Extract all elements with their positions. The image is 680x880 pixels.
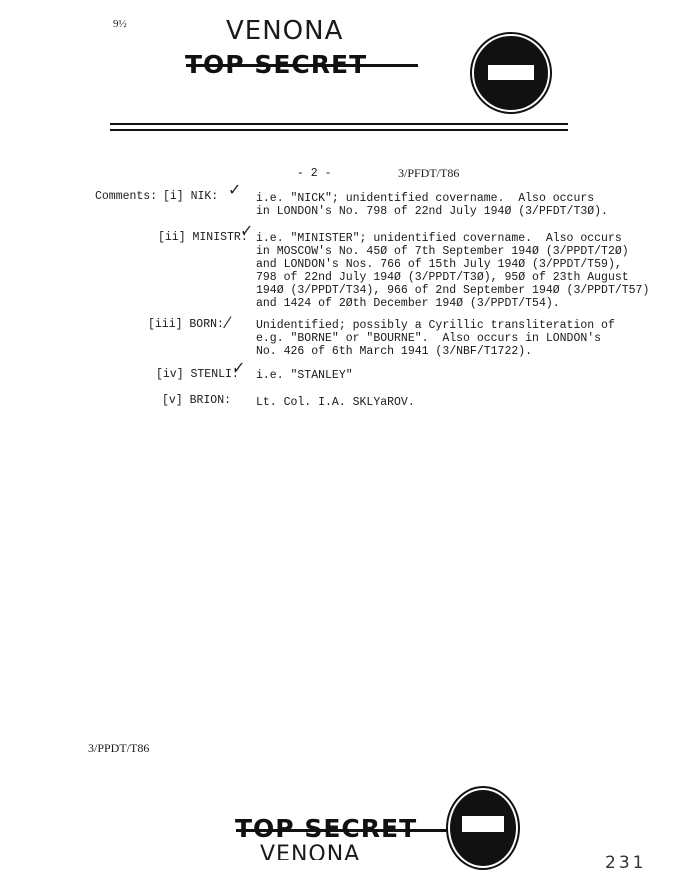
- divider-double-2: [110, 129, 568, 131]
- strike-line-header: [186, 64, 418, 67]
- entry-line: i.e. "MINISTER"; unidentified covername.…: [256, 232, 649, 245]
- codeword-footer: VENONA: [260, 842, 360, 860]
- entry-line: in LONDON's No. 798 of 22nd July 194Ø (3…: [256, 205, 608, 218]
- entry-line: e.g. "BORNE" or "BOURNE". Also occurs in…: [256, 332, 615, 345]
- no-entry-bar: [488, 65, 534, 80]
- entry-text-i: i.e. "NICK"; unidentified covername. Als…: [256, 192, 608, 218]
- no-entry-icon-header: [472, 34, 550, 112]
- entry-line: in MOSCOW's No. 45Ø of 7th September 194…: [256, 245, 649, 258]
- entry-line: 798 of 22nd July 194Ø (3/PPDT/T3Ø), 95Ø …: [256, 271, 649, 284]
- document-reference: 3/PFDT/T86: [398, 167, 459, 180]
- page-mark: 9½: [113, 18, 127, 30]
- entry-marker-i: [i] NIK:: [163, 190, 218, 203]
- entry-line: i.e. "NICK"; unidentified covername. Als…: [256, 192, 608, 205]
- handwritten-page-number: 231: [605, 853, 646, 873]
- entry-marker-ii: [ii] MINISTR:: [158, 231, 248, 244]
- strike-line-footer: [236, 829, 466, 832]
- entry-line: and 1424 of 2Øth December 194Ø (3/PPDT/T…: [256, 297, 649, 310]
- entry-text-ii: i.e. "MINISTER"; unidentified covername.…: [256, 232, 649, 310]
- entry-line: Unidentified; possibly a Cyrillic transl…: [256, 319, 615, 332]
- no-entry-icon-footer: [448, 788, 518, 868]
- checkmark-icon: ✓: [232, 358, 245, 377]
- entry-text-iv: i.e. "STANLEY": [256, 369, 353, 382]
- comments-label: Comments:: [95, 190, 157, 203]
- entry-text-iii: Unidentified; possibly a Cyrillic transl…: [256, 319, 615, 358]
- no-entry-bar: [462, 816, 504, 832]
- entry-text-v: Lt. Col. I.A. SKLYaROV.: [256, 396, 415, 409]
- slash-mark-icon: ⁄: [226, 313, 229, 332]
- codeword-header: VENONA: [226, 16, 343, 46]
- entry-marker-iii: [iii] BORN:: [148, 318, 224, 331]
- footer-reference: 3/PPDT/T86: [88, 741, 149, 756]
- page-number: - 2 -: [297, 167, 332, 180]
- divider-double: [110, 123, 568, 125]
- checkmark-icon: ✓: [240, 221, 253, 240]
- checkmark-icon: ✓: [228, 180, 241, 199]
- entry-line: 194Ø (3/PPDT/T34), 966 of 2nd September …: [256, 284, 649, 297]
- entry-marker-v: [v] BRION:: [162, 394, 231, 407]
- entry-marker-iv: [iv] STENLI:: [156, 368, 239, 381]
- entry-line: and LONDON's Nos. 766 of 15th July 194Ø …: [256, 258, 649, 271]
- entry-line: No. 426 of 6th March 1941 (3/NBF/T1722).: [256, 345, 615, 358]
